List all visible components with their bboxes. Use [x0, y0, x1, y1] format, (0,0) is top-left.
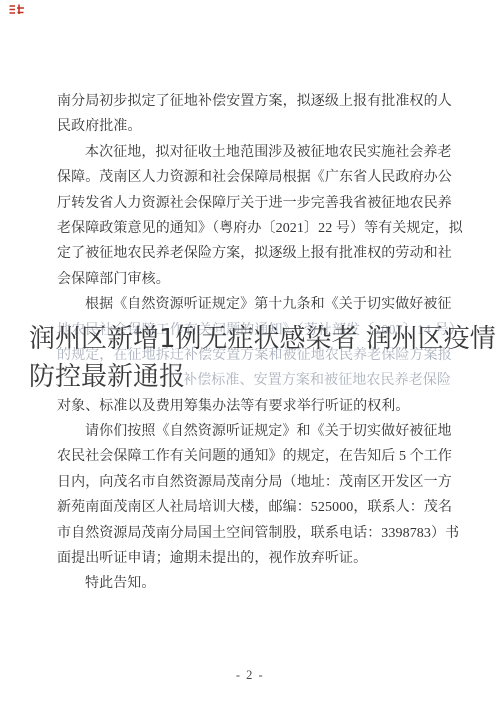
- document-line: 民政府批准。: [57, 114, 451, 139]
- document-line: 老保障政策意见的通知》（粤府办〔2021〕22 号）等有关规定，拟: [57, 216, 451, 241]
- document-line: 保障。茂南区人力资源和社会保障局根据《广东省人民政府办公: [57, 165, 451, 190]
- red-seal-mark-icon: [8, 3, 26, 16]
- document-line: 本次征地，拟对征收土地范围涉及被征地农民实施社会养老: [57, 140, 451, 165]
- document-line: 农民社会保障工作有关问题的通知》的规定，在告知后 5 个工作: [57, 444, 451, 469]
- overlay-headline: 润州区新增1例无症状感染者 润州区疫情 防控最新通报: [29, 320, 499, 396]
- document-line: 特此告知。: [57, 571, 451, 596]
- document-line: 面提出听证申请；逾期未提出的，视作放弃听证。: [57, 546, 451, 571]
- document-line: 南分局初步拟定了征地补偿安置方案，拟逐级上报有批准权的人: [57, 89, 451, 114]
- document-line: 请你们按照《自然资源听证规定》和《关于切实做好被征地: [57, 419, 451, 444]
- overlay-headline-line2: 防控最新通报: [29, 358, 499, 396]
- document-line: 新苑南面茂南区人社局培训大楼，邮编：525000，联系人：茂名: [57, 495, 451, 520]
- document-line: 会保障部门审核。: [57, 267, 451, 292]
- document-line: 市自然资源局茂南分局国土空间管制股，联系电话：3398783）书: [57, 521, 451, 546]
- document-line: 定了被征地农民养老保险方案，拟逐级上报有批准权的劳动和社: [57, 241, 451, 266]
- page-number: - 2 -: [0, 668, 500, 683]
- document-line: 厅转发省人力资源社会保障厅关于进一步完善我省被征地农民养: [57, 191, 451, 216]
- scanned-document-page: 南分局初步拟定了征地补偿安置方案，拟逐级上报有批准权的人民政府批准。本次征地，拟…: [0, 0, 500, 707]
- document-line: 对象、标准以及费用筹集办法等有要求举行听证的权利。: [57, 394, 451, 419]
- document-line: 日内，向茂名市自然资源局茂南分局（地址：茂南区开发区一方: [57, 470, 451, 495]
- overlay-headline-line1: 润州区新增1例无症状感染者 润州区疫情: [29, 320, 499, 358]
- document-line: 根据《自然资源听证规定》第十九条和《关于切实做好被征: [57, 292, 451, 317]
